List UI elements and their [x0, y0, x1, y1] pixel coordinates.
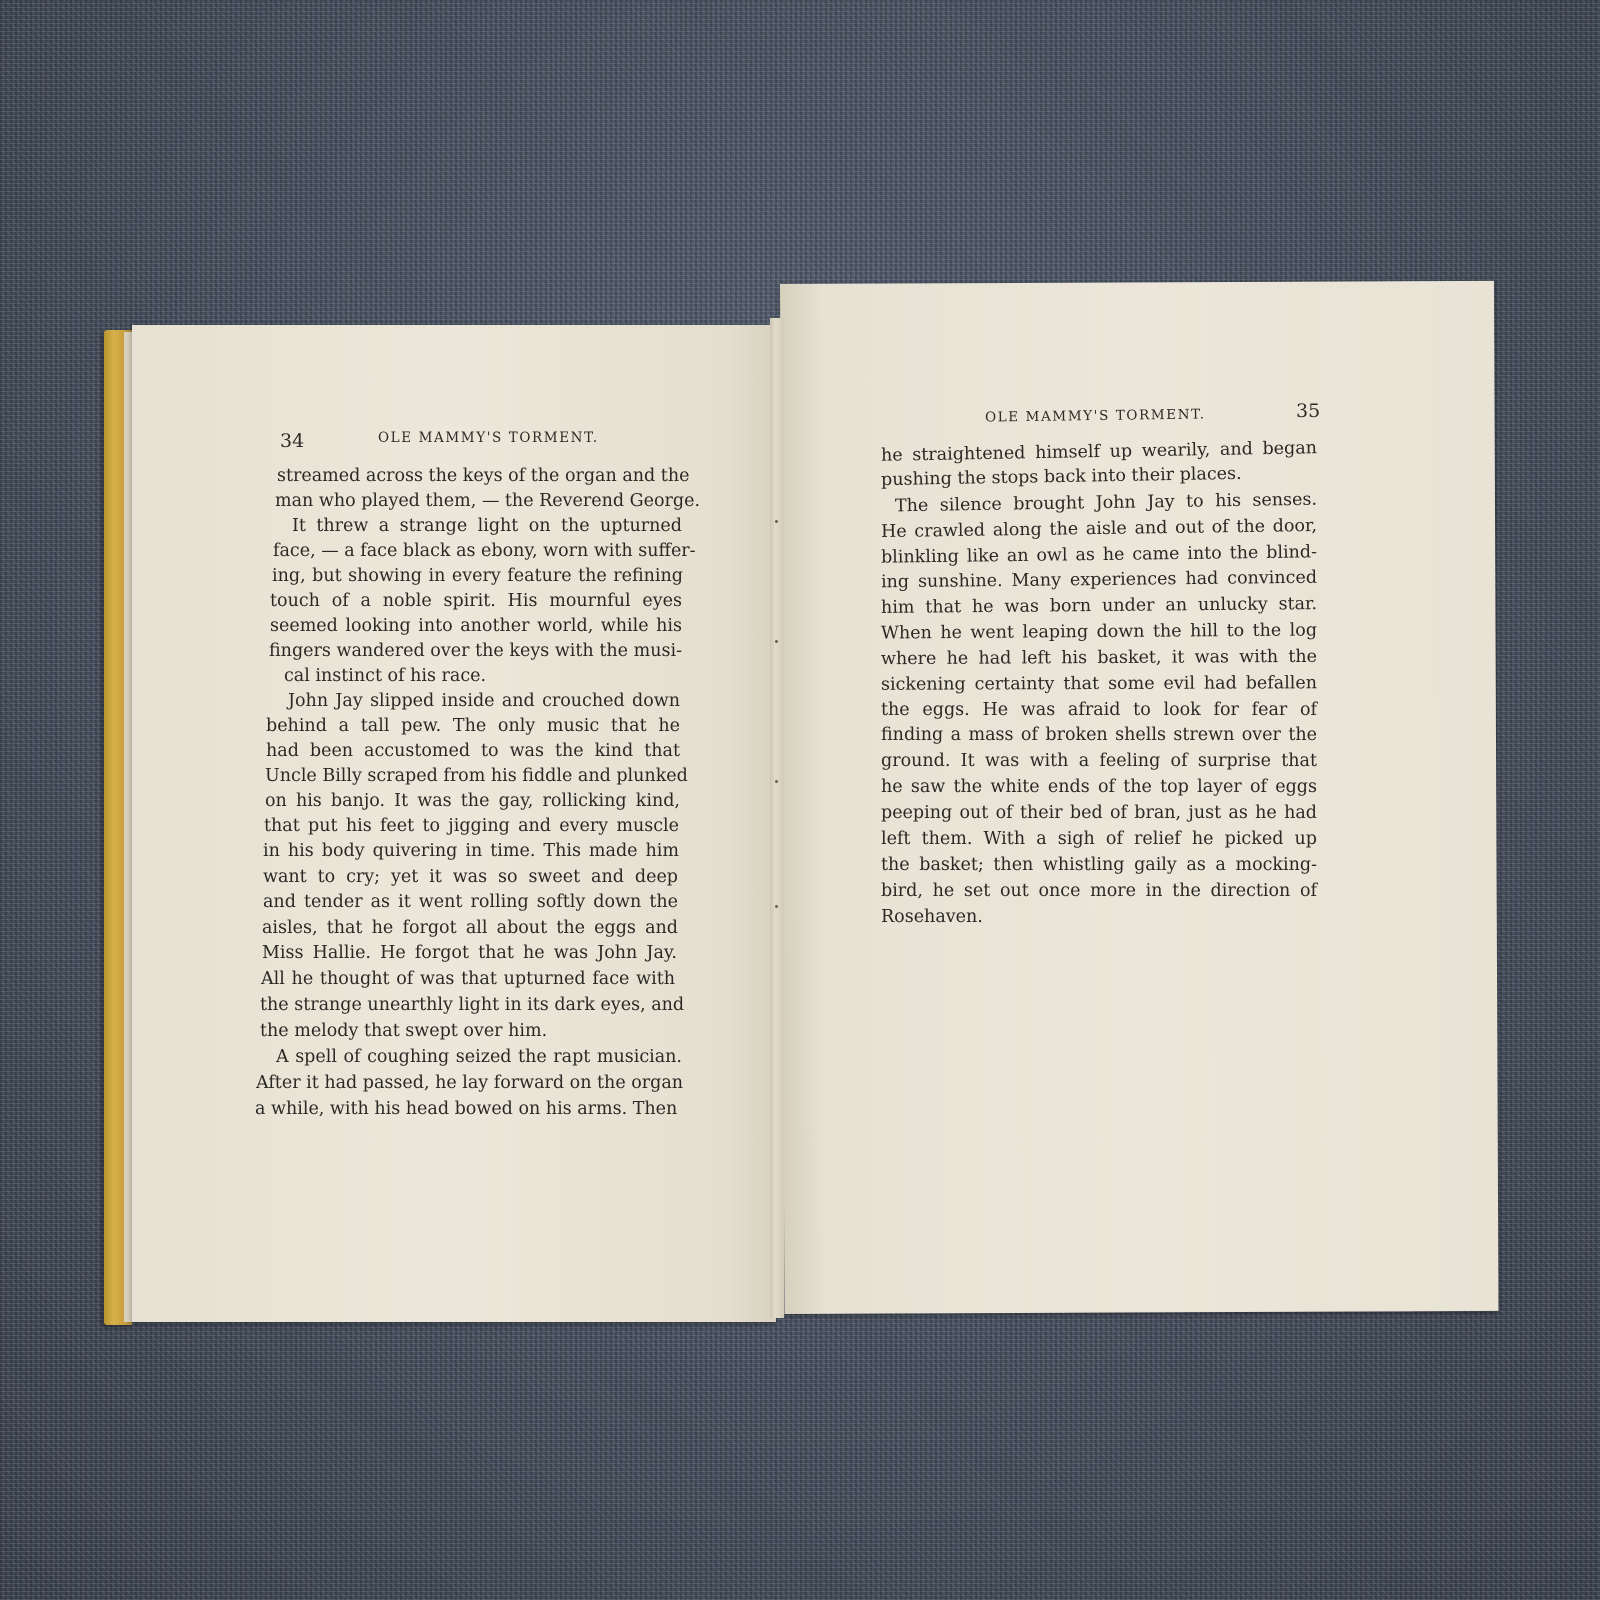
text-line: and tender as it went rolling softly dow…: [263, 891, 678, 913]
text-line: left them. With a sigh of relief he pick…: [881, 828, 1317, 850]
text-line: bird, he set out once more in the direct…: [881, 880, 1317, 902]
text-line: peeping out of their bed of bran, just a…: [881, 802, 1317, 824]
text-line: John Jay slipped inside and crouched dow…: [288, 690, 680, 712]
text-line: Uncle Billy scraped from his fiddle and …: [265, 765, 680, 787]
text-line: in his body quivering in time. This made…: [263, 840, 679, 862]
text-line: want to cry; yet it was so sweet and dee…: [263, 866, 678, 888]
text-line: a while, with his head bowed on his arms…: [255, 1098, 673, 1120]
text-line: the eggs. He was afraid to look for fear…: [881, 699, 1317, 721]
text-line: finding a mass of broken shells strewn o…: [881, 724, 1317, 746]
text-line: touch of a noble spirit. His mournful ey…: [270, 590, 682, 612]
book-gutter: [770, 318, 784, 1318]
text-line: that put his feet to jigging and every m…: [264, 815, 679, 837]
binding-stitch: [775, 640, 778, 643]
text-line: face, — a face black as ebony, worn with…: [273, 540, 683, 562]
text-line: ing sunshine. Many experiences had convi…: [881, 567, 1317, 594]
text-line: where he had left his basket, it was wit…: [881, 646, 1317, 670]
text-line: on his banjo. It was the gay, rollicking…: [265, 790, 680, 812]
text-line: It threw a strange light on the upturned: [292, 515, 682, 537]
text-line: Miss Hallie. He forgot that he was John …: [262, 942, 677, 964]
text-line: man who played them, — the Reverend Geor…: [275, 490, 684, 512]
text-line: had been accustomed to was the kind that: [266, 740, 680, 762]
binding-stitch: [775, 905, 778, 908]
text-line: Rosehaven.: [881, 906, 1081, 928]
text-line: fingers wandered over the keys with the …: [269, 640, 682, 662]
text-line: seemed looking into another world, while…: [270, 615, 682, 637]
text-line: cal instinct of his race.: [284, 665, 484, 687]
running-head-left: OLE MAMMY'S TORMENT.: [378, 430, 599, 446]
text-line: aisles, that he forgot all about the egg…: [262, 917, 678, 939]
text-line: the melody that swept over him.: [260, 1020, 560, 1042]
text-line: A spell of coughing seized the rapt musi…: [276, 1046, 682, 1068]
text-line: ing, but showing in every feature the re…: [272, 565, 683, 587]
text-line: All he thought of was that upturned face…: [261, 968, 675, 990]
text-line: behind a tall pew. The only music that h…: [266, 715, 680, 737]
text-line: sickening certainty that some evil had b…: [881, 672, 1317, 696]
text-line: him that he was born under an unlucky st…: [881, 593, 1317, 619]
text-line: streamed across the keys of the organ an…: [277, 465, 684, 487]
binding-stitch: [775, 520, 778, 523]
binding-stitch: [775, 780, 778, 783]
text-line: he saw the white ends of the top layer o…: [881, 776, 1317, 798]
running-head-right: OLE MAMMY'S TORMENT.: [985, 406, 1206, 425]
text-line: After it had passed, he lay forward on t…: [256, 1072, 680, 1094]
text-line: the basket; then whistling gaily as a mo…: [881, 854, 1317, 876]
text-line: ground. It was with a feeling of surpris…: [881, 750, 1317, 772]
page-number-right: 35: [1296, 400, 1320, 422]
page-number-left: 34: [280, 430, 304, 452]
text-line: When he went leaping down the hill to th…: [881, 619, 1317, 644]
text-line: the strange unearthly light in its dark …: [260, 994, 675, 1016]
